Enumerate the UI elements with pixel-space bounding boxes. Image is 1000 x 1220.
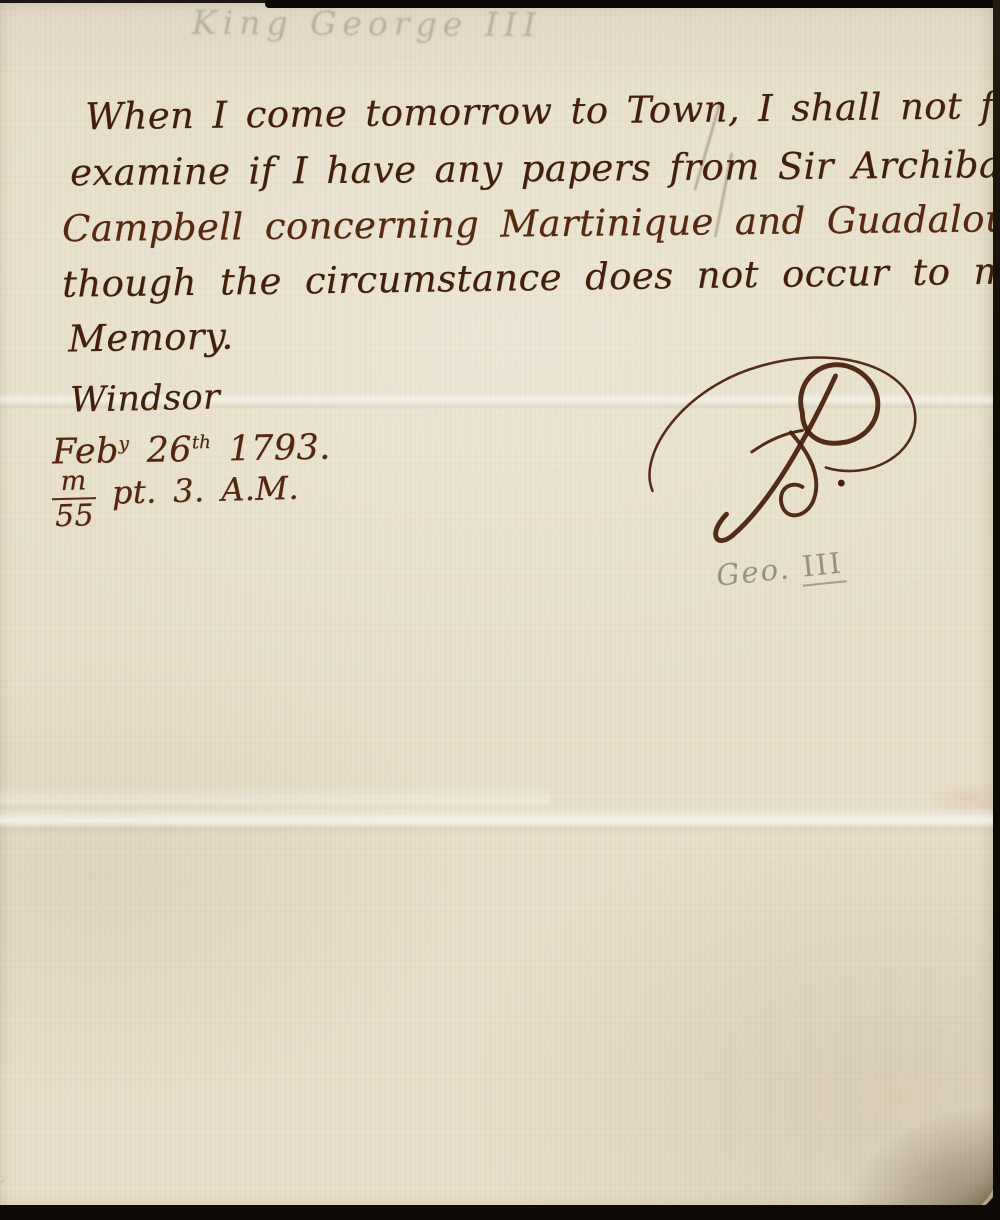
gr-signature-cipher [635, 332, 927, 566]
date-day: 26 [146, 430, 192, 471]
letter-line-4: though the circumstance does not occur t… [62, 252, 1000, 303]
bottom-right-corner-shadow [770, 1050, 1000, 1220]
pencil-inscription-top: King George III [192, 3, 542, 44]
letter-line-2: examine if I have any papers from Sir Ar… [70, 146, 1000, 191]
attribution-name: Geo. [715, 551, 793, 593]
letter-scan: King George III When I come tomorrow to … [0, 0, 1000, 1220]
bottom-left-fold-mark [0, 1180, 28, 1209]
date-day-superscript: th [192, 432, 211, 453]
letter-line-5: Memory. [68, 318, 234, 358]
fold-crease-lower [0, 808, 1000, 834]
docket-fraction-numerator: m [51, 468, 96, 500]
place-line: Windsor [70, 380, 221, 418]
docket-rest: pt. 3. A.M. [111, 472, 299, 509]
letter-line-1: When I come tomorrow to Town, I shall no… [85, 86, 1000, 136]
docket-fraction-denominator: 55 [52, 499, 97, 532]
date-month-superscript: y [118, 433, 129, 454]
letter-line-3: Campbell concerning Martinique and Guada… [62, 200, 1000, 247]
paper-sheet: King George III When I come tomorrow to … [0, 0, 1000, 1220]
docket-time-line: m55 pt. 3. A.M. [51, 463, 300, 532]
attribution-numeral: III [799, 545, 847, 586]
docket-fraction: m55 [51, 468, 97, 531]
